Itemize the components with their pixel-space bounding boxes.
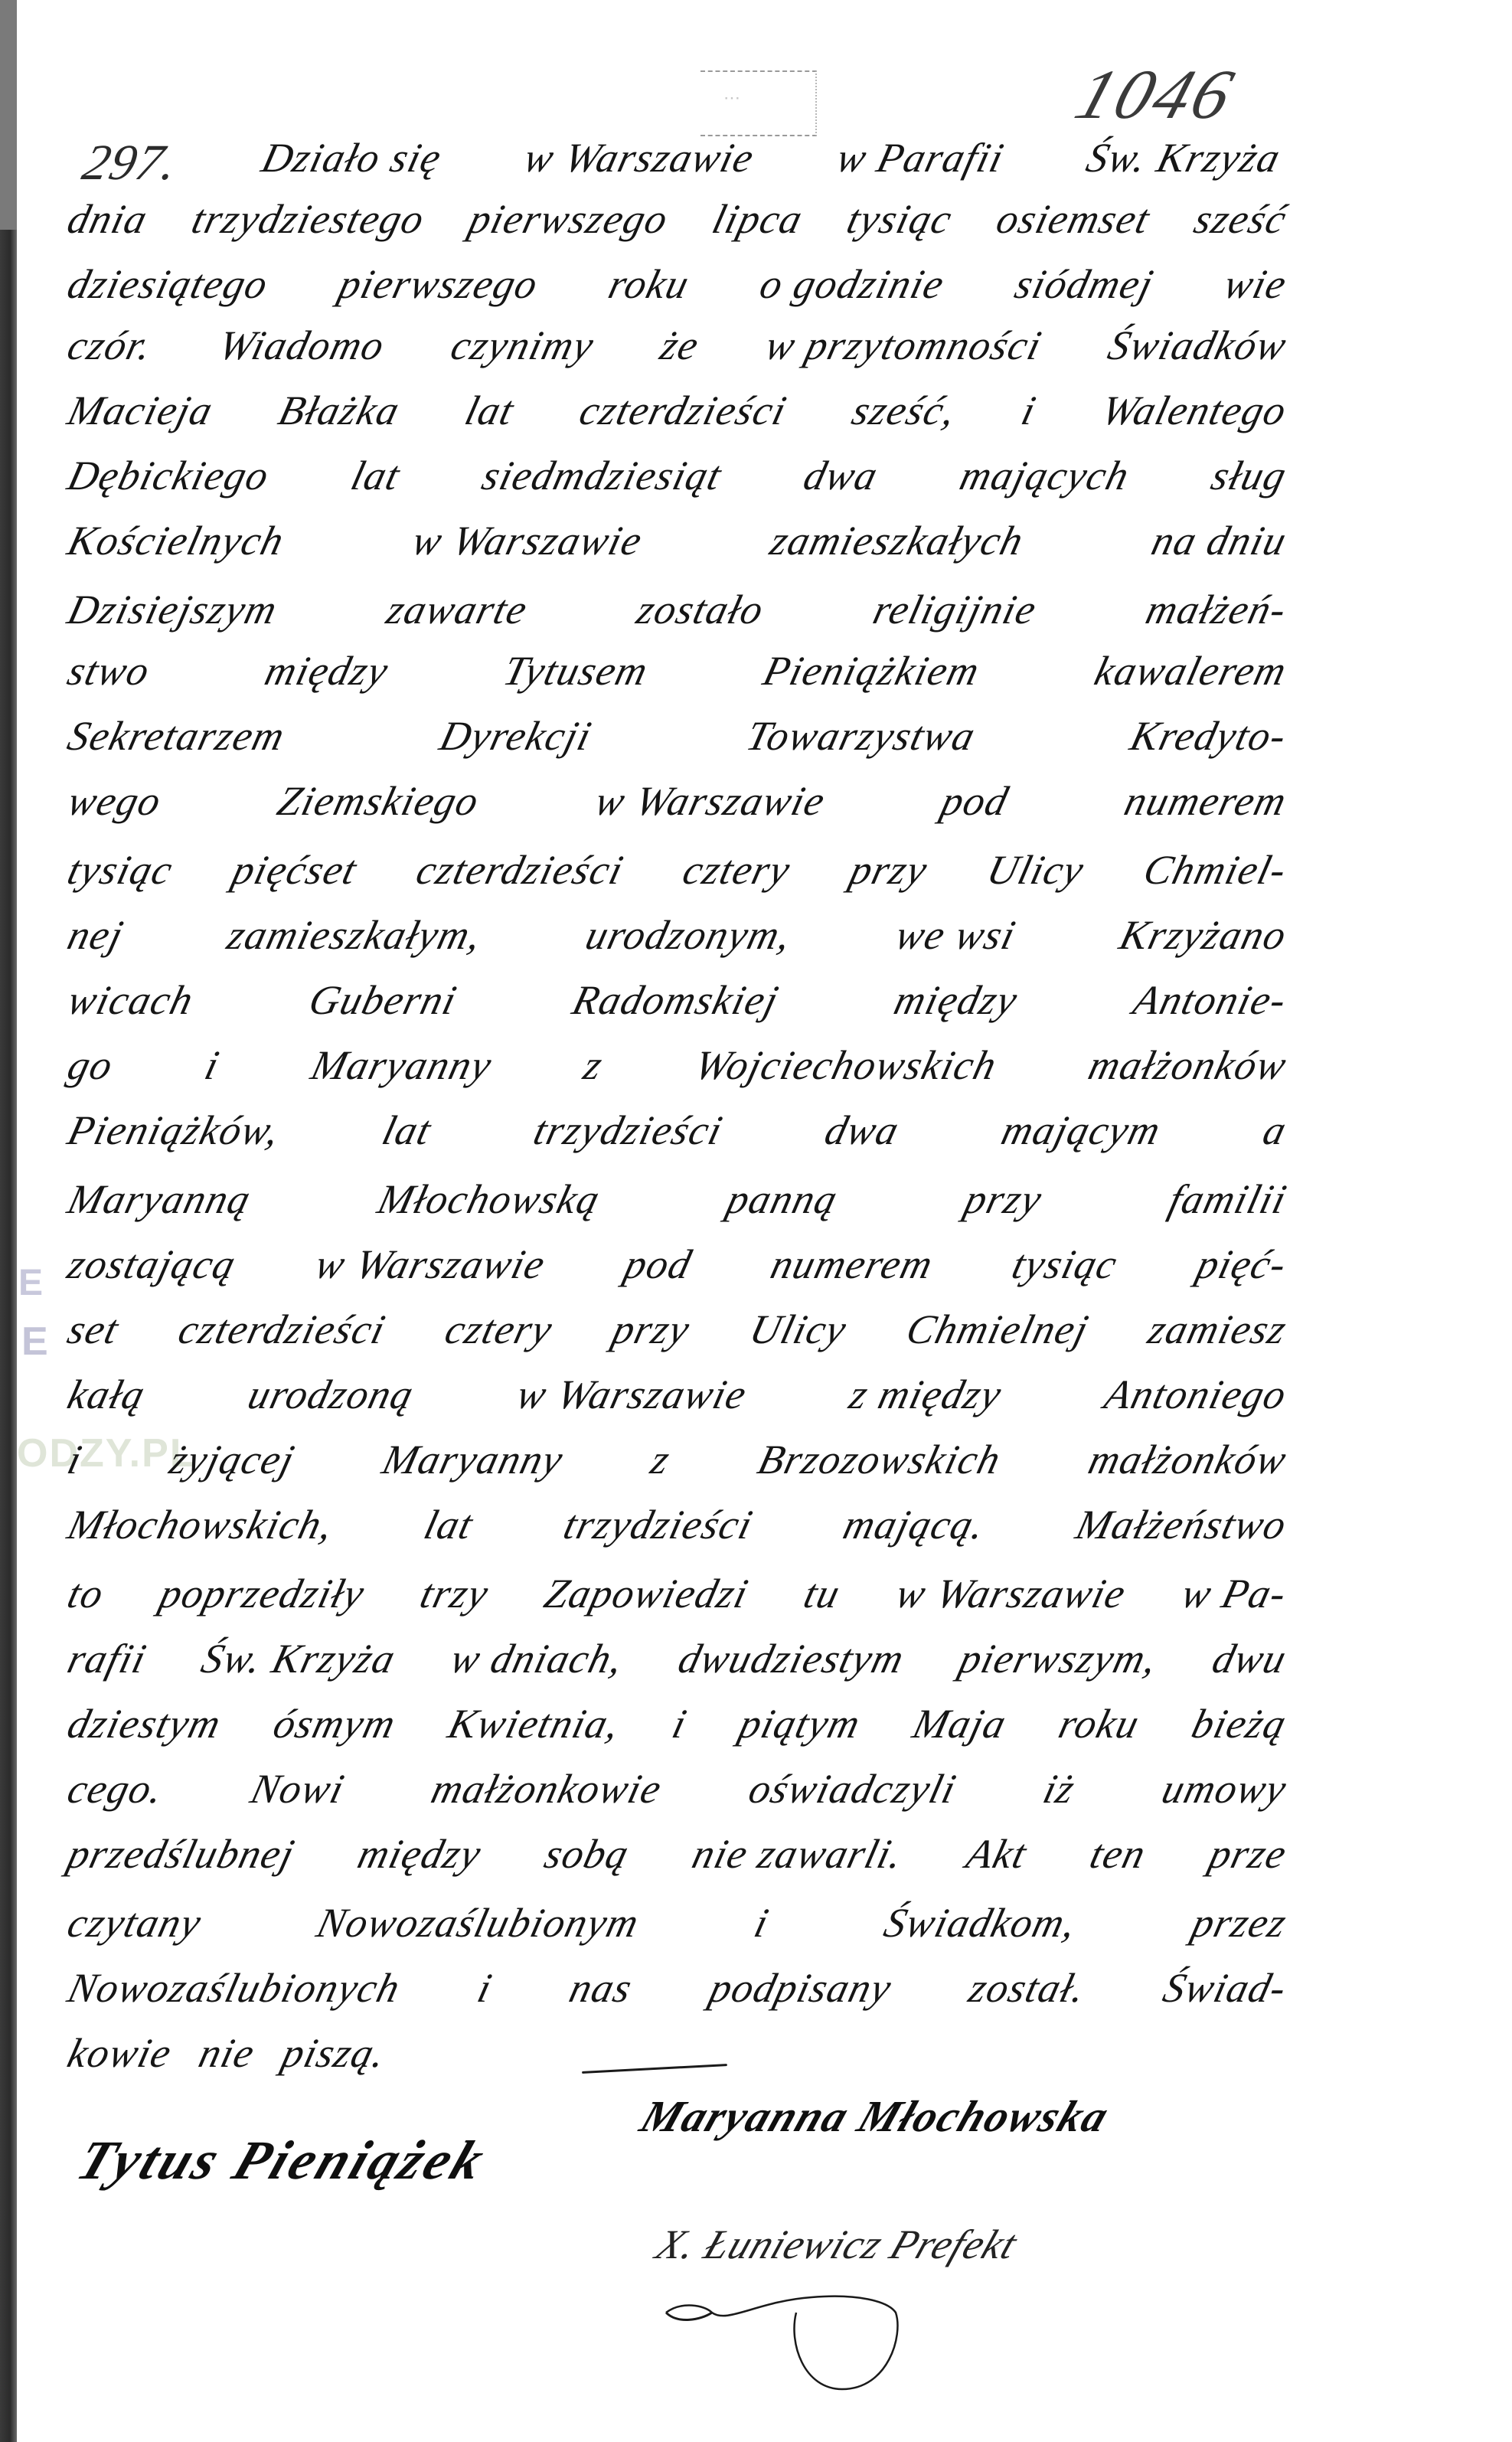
text-line: czytanyNowozaślubionymiŚwiadkom,przez [63, 1899, 1292, 1947]
text-line: nejzamieszkałym,urodzonym,we wsiKrzyżano [63, 911, 1292, 959]
word: osiemset [992, 195, 1155, 243]
word: Nowozaślubionym [312, 1899, 645, 1947]
word: Sekretarzem [63, 712, 290, 760]
word: prze [1204, 1830, 1292, 1878]
word: kałą [63, 1371, 150, 1418]
word: lat [377, 1107, 436, 1154]
text-line: cego.Nowimałżonkowieoświadczyliiżumowy [63, 1765, 1292, 1813]
word: dziesiątego [63, 260, 273, 308]
word: umowy [1158, 1765, 1292, 1813]
word: w Warszawie [311, 1241, 551, 1288]
word: cztery [440, 1306, 557, 1353]
word: dwa [799, 452, 883, 499]
word: Zapowiedzi [540, 1570, 754, 1617]
text-line: stwomiędzyTytusemPieniążkiemkawalerem [63, 647, 1292, 695]
word: bieżą [1187, 1700, 1292, 1747]
word: Ziemskiego [273, 777, 484, 825]
word: małżonków [1084, 1436, 1292, 1483]
word: zamieszkałym, [223, 911, 487, 959]
handwritten-record-body: 297.Działo sięw Warszawiew ParafiiŚw. Kr… [0, 0, 1512, 2442]
word: Św. Krzyża [197, 1635, 401, 1682]
signature-flourish [658, 2282, 980, 2397]
word: Ulicy [745, 1306, 852, 1353]
word: przy [845, 846, 932, 894]
signature-bride: Maryanna Młochowska [634, 2091, 1117, 2142]
word: Młochowską [373, 1175, 605, 1223]
word: Walentego [1097, 387, 1292, 434]
word: w Warszawie [512, 1371, 753, 1418]
word: stwo [63, 647, 155, 695]
word: Akt [962, 1830, 1032, 1878]
word: Tytusem [499, 647, 654, 695]
word: i [63, 1436, 87, 1483]
word: nie [194, 2029, 260, 2077]
word: urodzonym, [581, 911, 797, 959]
text-line: SekretarzemDyrekcjiTowarzystwaKredyto- [63, 712, 1292, 760]
word: lat [461, 387, 520, 434]
word: Maja [908, 1700, 1011, 1747]
word: w Warszawie [517, 134, 759, 192]
word: Antonie- [1128, 976, 1292, 1024]
word: roku [1054, 1700, 1145, 1747]
word: Młochowskich, [63, 1501, 338, 1548]
word: kowie [63, 2029, 177, 2077]
word: w Warszawie [590, 777, 831, 825]
text-line: dziesiątegopierwszegorokuo godziniesiódm… [63, 260, 1292, 308]
word: Krzyżano [1115, 911, 1292, 959]
word: dwa [821, 1107, 905, 1154]
text-line: Dębickiegolatsiedmdziesiątdwamającychsłu… [63, 452, 1292, 499]
text-line: Młochowskich,lattrzydzieścimającą.Małżeń… [63, 1501, 1292, 1548]
word: i [473, 1964, 498, 2012]
word: we wsi [891, 911, 1021, 959]
word: poprzedziły [155, 1570, 370, 1617]
word: w przytomności [761, 322, 1047, 369]
word: pierwszego [334, 260, 543, 308]
text-line: goiMaryannyzWojciechowskichmałżonków [63, 1041, 1292, 1089]
word: czterdzieści [412, 846, 629, 894]
word: zawarte [382, 586, 533, 633]
word: Radomskiej [568, 976, 784, 1024]
word: zostało [632, 586, 769, 633]
word: dwu [1208, 1635, 1292, 1682]
word: Towarzystwa [742, 712, 981, 760]
word: oświadczyli [744, 1765, 962, 1813]
text-line: wicachGuberniRadomskiejmiędzyAntonie- [63, 976, 1292, 1024]
word: Wojciechowskich [690, 1041, 1002, 1089]
text-line: MaryannąMłochowskąpannąprzyfamilii [63, 1175, 1292, 1223]
text-line: Nowozaślubionychinaspodpisanyzostał.Świa… [63, 1964, 1292, 2012]
word: Nowi [246, 1765, 350, 1813]
word: Błażka [274, 387, 405, 434]
word: z między [845, 1371, 1007, 1418]
word: Pieniążków, [63, 1107, 285, 1154]
word: Guberni [305, 976, 462, 1024]
text-line: dniatrzydziestegopierwszegolipcatysiącos… [63, 195, 1292, 243]
word: religijnie [869, 586, 1042, 633]
signature-priest: X. Łuniewicz Prefekt [650, 2221, 1024, 2268]
word: nie zawarli. [687, 1830, 908, 1878]
word: tu [799, 1570, 845, 1617]
word: Chmielnej [902, 1306, 1094, 1353]
word: przez [1187, 1899, 1292, 1947]
word: małżonków [1084, 1041, 1292, 1089]
word: o godzinie [756, 260, 950, 308]
word: w Warszawie [891, 1570, 1132, 1617]
word: Brzozowskich [753, 1436, 1006, 1483]
word: między [353, 1830, 486, 1878]
word: lat [420, 1501, 478, 1548]
word: rafii [63, 1635, 152, 1682]
word: przedślubnej [63, 1830, 299, 1878]
text-line: przedślubnejmiędzysobąnie zawarli.Aktten… [63, 1830, 1292, 1878]
word: czterdzieści [174, 1306, 390, 1353]
word: Chmiel- [1139, 846, 1292, 894]
text-line: setczterdzieściczteryprzyUlicyChmielnejz… [63, 1306, 1292, 1353]
word: a [1259, 1107, 1292, 1154]
word: i [668, 1700, 692, 1747]
word: tysiąc [1007, 1241, 1122, 1288]
word: czterdzieści [575, 387, 792, 434]
word: pięćset [227, 846, 362, 894]
word: czynimy [446, 322, 599, 369]
word: Maryanny [306, 1041, 497, 1089]
word: Dyrekcji [435, 712, 596, 760]
word: dwudziestym [674, 1635, 909, 1682]
word: czór. [63, 322, 157, 369]
text-line: kowieniepiszą. [63, 2029, 1292, 2077]
word: Św. Krzyża [1079, 134, 1285, 192]
word: mających [955, 452, 1135, 499]
word: wicach [63, 976, 198, 1024]
text-line: Kościelnychw Warszawiezamieszkałychna dn… [63, 517, 1292, 564]
word: Ulicy [982, 846, 1089, 894]
word: ten [1086, 1830, 1151, 1878]
word: pięć- [1192, 1241, 1292, 1288]
word: sobą [540, 1830, 634, 1878]
word: na dniu [1147, 517, 1292, 564]
word: nej [63, 911, 129, 959]
word: trzydziestego [188, 195, 430, 243]
word: trzy [416, 1570, 494, 1617]
word: Pieniążkiem [759, 647, 985, 695]
word: w Parafii [829, 134, 1009, 192]
word: piątym [734, 1700, 865, 1747]
word: Świadkom, [880, 1899, 1082, 1947]
text-line: wegoZiemskiegow Warszawiepodnumerem [63, 777, 1292, 825]
word: Dzisiejszym [63, 586, 282, 633]
word: wie [1220, 260, 1292, 308]
word: lat [347, 452, 406, 499]
word: zamiesz [1144, 1306, 1292, 1353]
word: piszą. [277, 2029, 391, 2077]
word: tysiąc [842, 195, 957, 243]
word: Kredyto- [1125, 712, 1292, 760]
word: sług [1207, 452, 1292, 499]
word: mającym [997, 1107, 1166, 1154]
word: kawalerem [1090, 647, 1292, 695]
word: dziestym [63, 1700, 226, 1747]
text-line: iżyjącejMaryannyzBrzozowskichmałżonków [63, 1436, 1292, 1483]
word: z [579, 1041, 608, 1089]
signature-groom: Tytus Pieniążek [69, 2129, 496, 2192]
text-line: czór.Wiadomoczynimyżew przytomnościŚwiad… [63, 322, 1292, 369]
word: Maryanny [377, 1436, 568, 1483]
text-line: rafiiŚw. Krzyżaw dniach,dwudziestympierw… [63, 1635, 1292, 1682]
word: ósmym [269, 1700, 401, 1747]
word: Kościelnych [63, 517, 289, 564]
word: pierwszym, [955, 1635, 1163, 1682]
word: Kwietnia, [443, 1700, 625, 1747]
word: roku [604, 260, 694, 308]
word: Świadków [1103, 322, 1292, 369]
text-line: 297.Działo sięw Warszawiew ParafiiŚw. Kr… [77, 134, 1286, 192]
word: w dniach, [446, 1635, 629, 1682]
record-number: 297. [77, 134, 185, 192]
word: Działo się [254, 134, 446, 192]
word: żyjącej [165, 1436, 300, 1483]
word: mającą. [839, 1501, 991, 1548]
text-line: Pieniążków,lattrzydzieścidwamającyma [63, 1107, 1292, 1154]
word: pod [936, 777, 1014, 825]
word: z [646, 1436, 675, 1483]
text-line: MaciejaBłażkalatczterdzieścisześć,iWalen… [63, 387, 1292, 434]
word: Macieja [63, 387, 218, 434]
word: cego. [63, 1765, 168, 1813]
word: w Warszawie [407, 517, 648, 564]
word: to [63, 1570, 109, 1617]
word: Świad- [1158, 1964, 1292, 2012]
word: dnia [63, 195, 152, 243]
text-line: zostającąw Warszawiepodnumeremtysiącpięć… [63, 1241, 1292, 1288]
word: małżeń- [1141, 586, 1292, 633]
word: i [749, 1899, 774, 1947]
word: Maryanną [63, 1175, 256, 1223]
word: zostającą [63, 1241, 241, 1288]
word: cztery [678, 846, 795, 894]
word: go [63, 1041, 118, 1089]
word: nas [565, 1964, 638, 2012]
word: siedmdziesiąt [478, 452, 727, 499]
word: czytany [63, 1899, 207, 1947]
text-line: Dzisiejszymzawartezostałoreligijniemałże… [63, 586, 1292, 633]
word: Wiadomo [214, 322, 390, 369]
word: między [890, 976, 1023, 1024]
word: Antoniego [1100, 1371, 1292, 1418]
word: trzydzieści [529, 1107, 728, 1154]
word: przy [960, 1175, 1047, 1223]
text-line: topoprzedziłytrzyZapowiedzituw Warszawie… [63, 1570, 1292, 1617]
word: Nowozaślubionych [63, 1964, 405, 2012]
word: numerem [766, 1241, 939, 1288]
word: że [656, 322, 704, 369]
text-line: dziestymósmymKwietnia,ipiątymMajarokubie… [63, 1700, 1292, 1747]
word: między [260, 647, 394, 695]
word: wego [63, 777, 166, 825]
word: został. [965, 1964, 1092, 2012]
word: i [1017, 387, 1041, 434]
word: pod [619, 1241, 697, 1288]
word: zamieszkałych [766, 517, 1029, 564]
word: podpisany [705, 1964, 897, 2012]
word: przy [608, 1306, 695, 1353]
word: iż [1039, 1765, 1080, 1813]
word: set [63, 1306, 124, 1353]
word: urodzoną [243, 1371, 419, 1418]
word: numerem [1120, 777, 1292, 825]
word: i [200, 1041, 224, 1089]
word: sześć, [847, 387, 962, 434]
word: Małżeństwo [1071, 1501, 1292, 1548]
word: małżonkowie [426, 1765, 667, 1813]
word: siódmej [1011, 260, 1159, 308]
word: trzydzieści [559, 1501, 758, 1548]
word: familii [1164, 1175, 1292, 1223]
text-line: tysiącpięćsetczterdzieściczteryprzyUlicy… [63, 846, 1292, 894]
text-line: kałąurodzonąw Warszawiez międzyAntoniego [63, 1371, 1292, 1418]
word: Dębickiego [63, 452, 274, 499]
word: lipca [708, 195, 808, 243]
word: tysiąc [63, 846, 178, 894]
word: pierwszego [464, 195, 673, 243]
word: panną [722, 1175, 843, 1223]
word: sześć [1190, 195, 1292, 243]
word: w Pa- [1177, 1570, 1292, 1617]
